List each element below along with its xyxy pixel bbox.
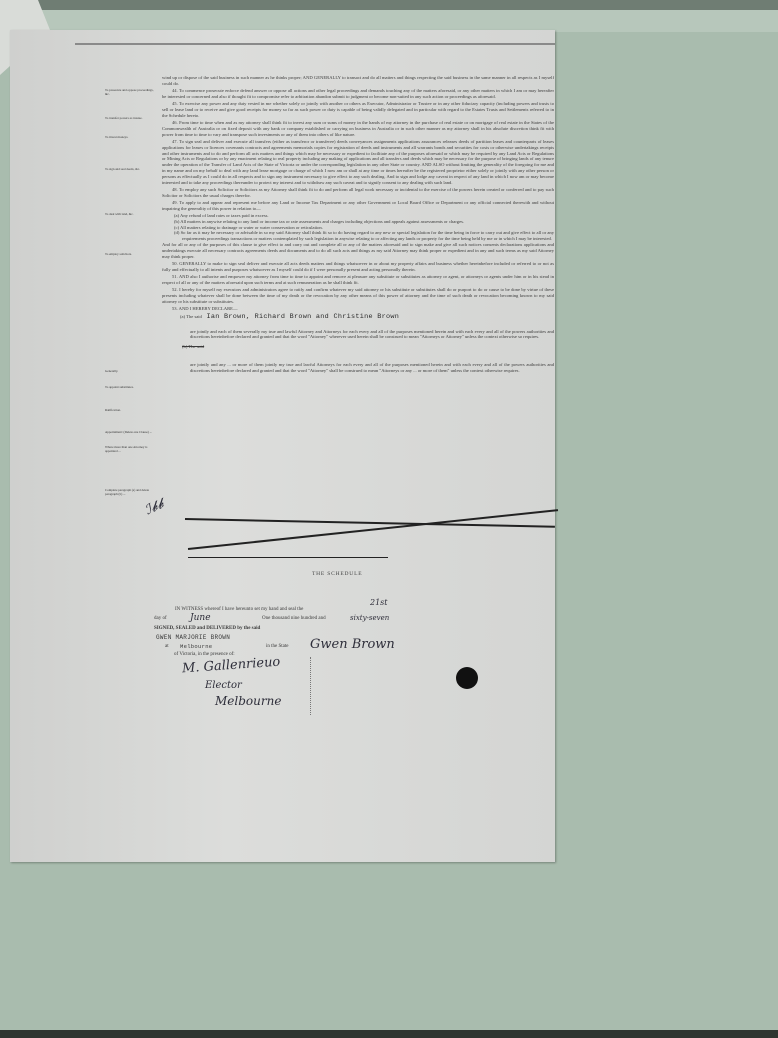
- schedule-heading: THE SCHEDULE: [312, 571, 362, 577]
- clause-45: 45. To exercise any power and any duty v…: [162, 101, 554, 118]
- witness-title: Elector: [205, 680, 242, 691]
- year-text: One thousand nine hundred and: [262, 616, 326, 621]
- attorneys-named: Ian Brown, Richard Brown and Christine B…: [206, 313, 399, 321]
- margin-note: To deal with land, &c.: [105, 212, 157, 216]
- background-board: [40, 10, 778, 32]
- margin-note: Where more than one Attorney is appointe…: [105, 445, 157, 485]
- margin-note: Generally.: [105, 369, 157, 373]
- signer-signature: Gwen Brown: [310, 637, 395, 652]
- background-bottom-edge: [0, 1030, 778, 1038]
- margin-note: To appoint substitutes.: [105, 385, 157, 389]
- day-of-label: day of: [154, 616, 167, 621]
- document-page: To prosecute and oppose proceedings, &c.…: [10, 30, 555, 862]
- margin-note: To invest moneys.: [105, 135, 157, 139]
- declaration-b-prefix: (b) The said: [162, 344, 554, 350]
- clause-49: 49. To apply to and appear and represent…: [162, 200, 554, 212]
- margin-note: To prosecute and oppose proceedings, &c.: [105, 88, 157, 96]
- clause-49-tail: And for all or any of the purposes of th…: [162, 242, 554, 259]
- at-label: at: [165, 644, 169, 649]
- declaration-a: (a) The said Ian Brown, Richard Brown an…: [162, 314, 554, 321]
- intro-paragraph: wind up or dispose of the said business …: [162, 75, 554, 87]
- clause-46: 46. From time to time when and as my att…: [162, 120, 554, 137]
- witness-line: IN WITNESS whereof I have hereunto set m…: [175, 607, 303, 612]
- clause-51: 51. AND also I authorise and empower my …: [162, 274, 554, 286]
- witness-address: Melbourne: [215, 694, 281, 708]
- seal-dot: [456, 667, 478, 689]
- margin-note: To sign and seal deeds, &c.: [105, 167, 157, 171]
- signer-name: GWEN MARJORIE BROWN: [156, 634, 230, 641]
- clause-53: 53. AND I HEREBY DECLARE—: [162, 306, 554, 312]
- year-handwritten: sixty-seven: [350, 614, 389, 622]
- declaration-b-text: are jointly and any ... or more of them …: [162, 362, 554, 374]
- header-rule: [75, 43, 555, 45]
- margin-note: To employ solicitors.: [105, 252, 157, 256]
- clause-44: 44. To commence prosecute enforce defend…: [162, 88, 554, 100]
- state-label: in the State: [266, 644, 289, 649]
- clause-52: 52. I hereby for myself my executors and…: [162, 287, 554, 304]
- declaration-a-text: are jointly and each of them severally m…: [162, 329, 554, 341]
- margin-note: Appointment: (Delete one Clause) ...: [105, 430, 157, 440]
- subclause-d: (d) So far as it may be necessary or adv…: [162, 230, 554, 242]
- clause-47: 47. To sign seal and deliver and execute…: [162, 139, 554, 185]
- presence-line: of Victoria, in the presence of:: [174, 652, 235, 657]
- clause-50: 50. GENERALLY to make to sign seal deliv…: [162, 261, 554, 273]
- margin-note: Ratification.: [105, 408, 157, 412]
- margin-note: To transfer powers as trustee.: [105, 116, 157, 120]
- month-handwritten: June: [190, 613, 211, 623]
- document-body: wind up or dispose of the said business …: [162, 75, 554, 375]
- day-ordinal: 21st: [370, 598, 388, 607]
- signed-sealed-line: SIGNED, SEALED and DELIVERED by the said: [154, 626, 260, 631]
- strikeout-line: [188, 557, 388, 558]
- place: Melbourne: [180, 643, 212, 650]
- clause-48: 48. To employ any such Solicitor or Soli…: [162, 187, 554, 199]
- signature-bracket: [307, 657, 311, 715]
